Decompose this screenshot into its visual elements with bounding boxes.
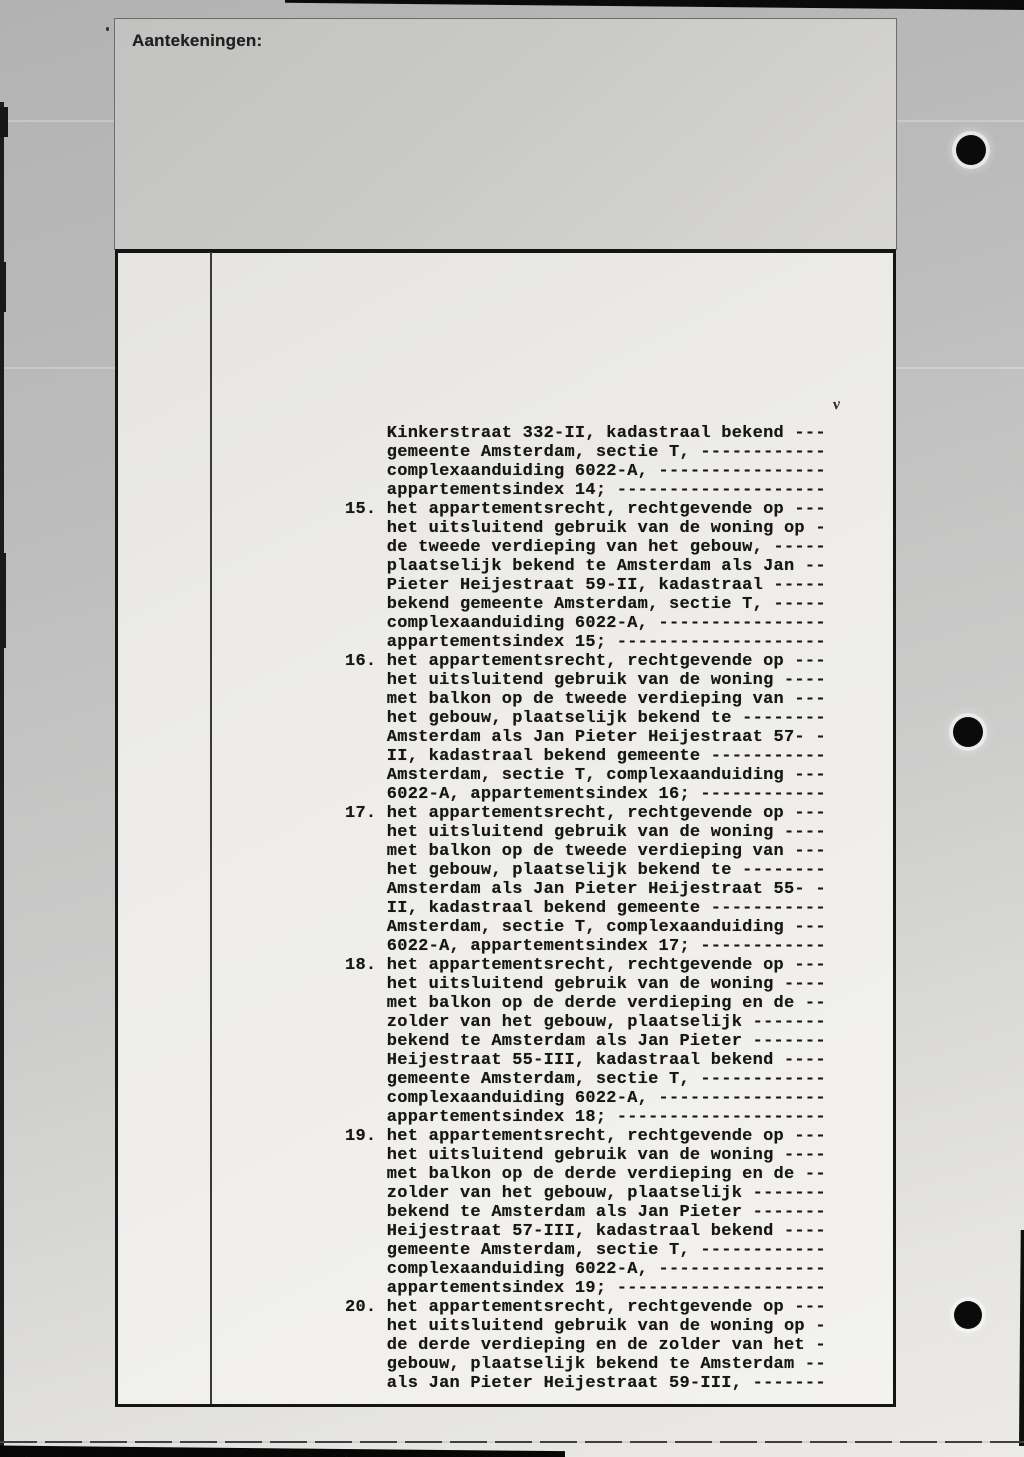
scan-edge-artifact-bottom [0,1444,565,1457]
scan-edge-artifact-left [0,107,8,137]
typed-text: Kinkerstraat 332-II, kadastraal bekend -… [345,424,826,1393]
annotations-label: Aantekeningen: [132,31,262,51]
hole-punch-dot [954,1301,982,1329]
scan-edge-artifact-left [0,262,6,312]
annotations-panel: Aantekeningen: [114,18,897,250]
scan-edge-artifact-top [285,0,1024,10]
hole-punch-dot [956,135,986,165]
scan-edge-artifact-left [0,553,6,648]
hole-punch-dot [953,717,983,747]
scan-edge-artifact-right [1019,1230,1024,1446]
margin-rule [210,252,212,1404]
scan-edge-artifact-bottom [0,1441,1024,1443]
scanned-page: Aantekeningen: v Kinkerstraat 332-II, ka… [0,0,1024,1457]
stray-ink-dot [106,27,109,31]
